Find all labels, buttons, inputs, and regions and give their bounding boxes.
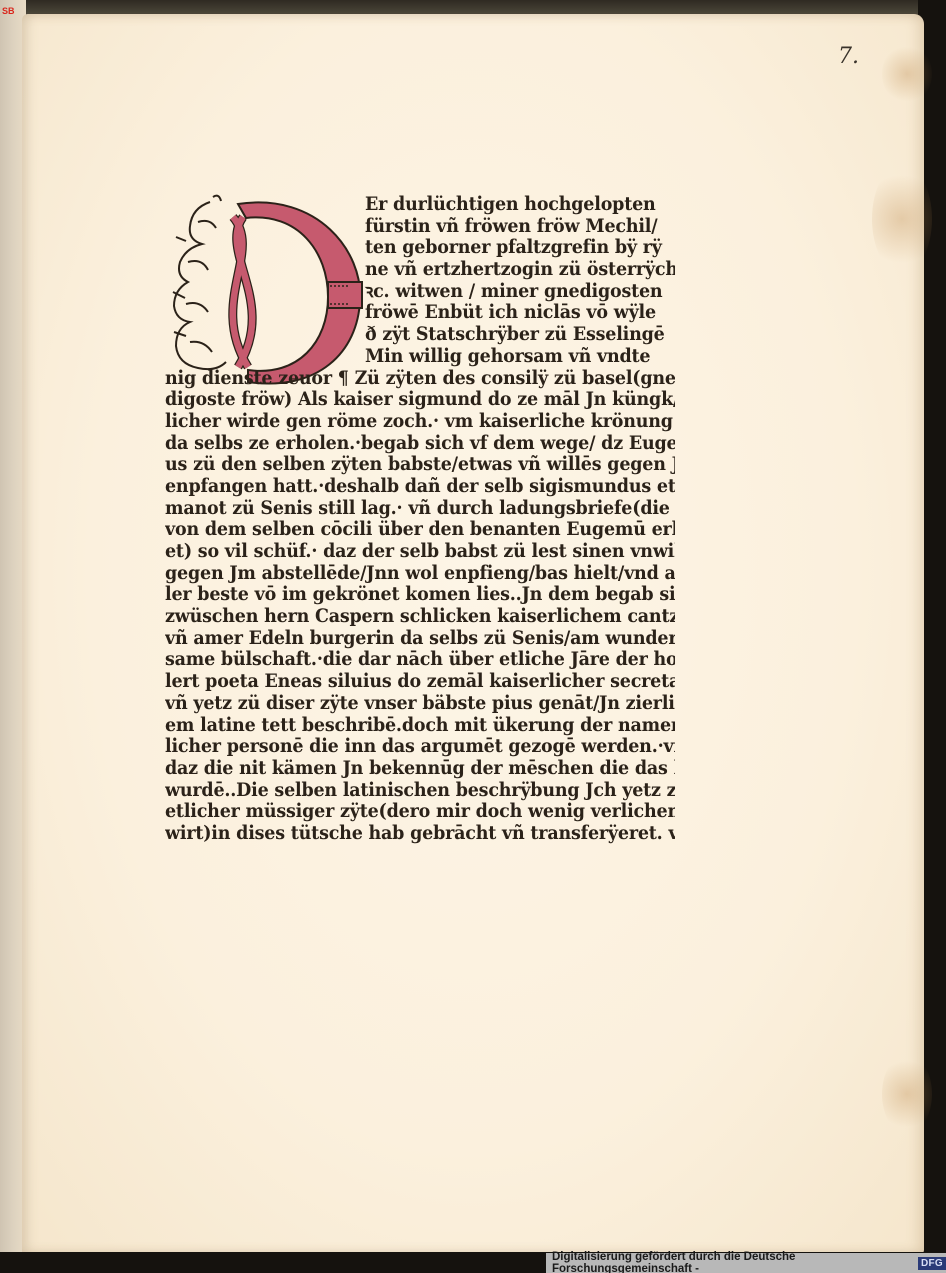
text-line: da selbs ze erholen.·begab sich vf dem w… [165, 433, 675, 456]
text-line: ꝛc. witwen / miner gnedigosten [165, 281, 675, 304]
text-line: digoste fröw) Als kaiser sigmund do ze m… [165, 390, 675, 413]
text-line: licher wirde gen röme zoch.· vm kaiserli… [165, 411, 675, 434]
text-line: licher personē die inn das argumēt gezog… [165, 737, 675, 760]
text-line: ten geborner pfaltzgrefin bÿ rÿ [165, 238, 675, 261]
text-line: ð zÿt Statschrÿber zü Esselingē [165, 325, 675, 348]
text-line: manot zü Senis still lag.· vñ durch ladu… [165, 498, 675, 521]
foxing-stain [872, 164, 932, 274]
text-line: fürstin vñ fröwen fröw Mechil/ [165, 216, 675, 239]
folio-number: 7. [838, 44, 859, 69]
foxing-stain [882, 1054, 932, 1134]
dfg-logo-icon: DFG [918, 1257, 946, 1270]
text-line: etlicher müssiger zÿte(dero mir doch wen… [165, 802, 675, 825]
body-text: Er durlüchtigen hochgelopten fürstin vñ … [165, 195, 675, 846]
text-line: zwüschen hern Caspern schlicken kaiserli… [165, 607, 675, 630]
text-line: ler beste vō im gekrönet komen lies..Jn … [165, 585, 675, 608]
text-line: vñ yetz zü diser zÿte vnser bäbste pius … [165, 693, 675, 716]
funding-credit-bar: Digitalisierung gefördert durch die Deut… [546, 1253, 946, 1273]
text-line: von dem selben cōcili über den benanten … [165, 520, 675, 543]
text-line: fröwē Enbüt ich niclās vō wÿle [165, 303, 675, 326]
text-line: et) so vil schüf.· daz der selb babst zü… [165, 542, 675, 565]
text-line: vñ amer Edeln burgerin da selbs zü Senis… [165, 628, 675, 651]
text-line: nig dienste zeuor ¶ Zü zÿten des consilÿ… [165, 368, 675, 391]
text-line: wurdē..Die selben latinischen beschrÿbun… [165, 780, 675, 803]
library-mark: SB [2, 6, 15, 16]
text-line: same bülschaft.·die dar nāch über etlich… [165, 650, 675, 673]
foxing-stain [882, 44, 932, 104]
funding-credit-text: Digitalisierung gefördert durch die Deut… [552, 1251, 914, 1273]
text-line: lert poeta Eneas siluius do zemāl kaiser… [165, 672, 675, 695]
text-line: em latine tett beschribē.doch mit ükerun… [165, 715, 675, 738]
text-line: daz die nit kämen Jn bekennūg der mēsche… [165, 758, 675, 781]
text-line: us zü den selben zÿten babste/etwas vñ w… [165, 455, 675, 478]
text-line: Er durlüchtigen hochgelopten [165, 195, 675, 218]
text-line: Min willig gehorsam vñ vndte [165, 346, 675, 369]
text-line: wirt)in dises tütsche hab gebrācht vñ tr… [165, 824, 675, 847]
text-line: enpfangen hatt.·deshalb dañ der selb sig… [165, 477, 675, 500]
text-line: ne vñ ertzhertzogin zü österrÿch [165, 260, 675, 283]
text-line: gegen Jm abstellēde/Jnn wol enpfieng/bas… [165, 563, 675, 586]
